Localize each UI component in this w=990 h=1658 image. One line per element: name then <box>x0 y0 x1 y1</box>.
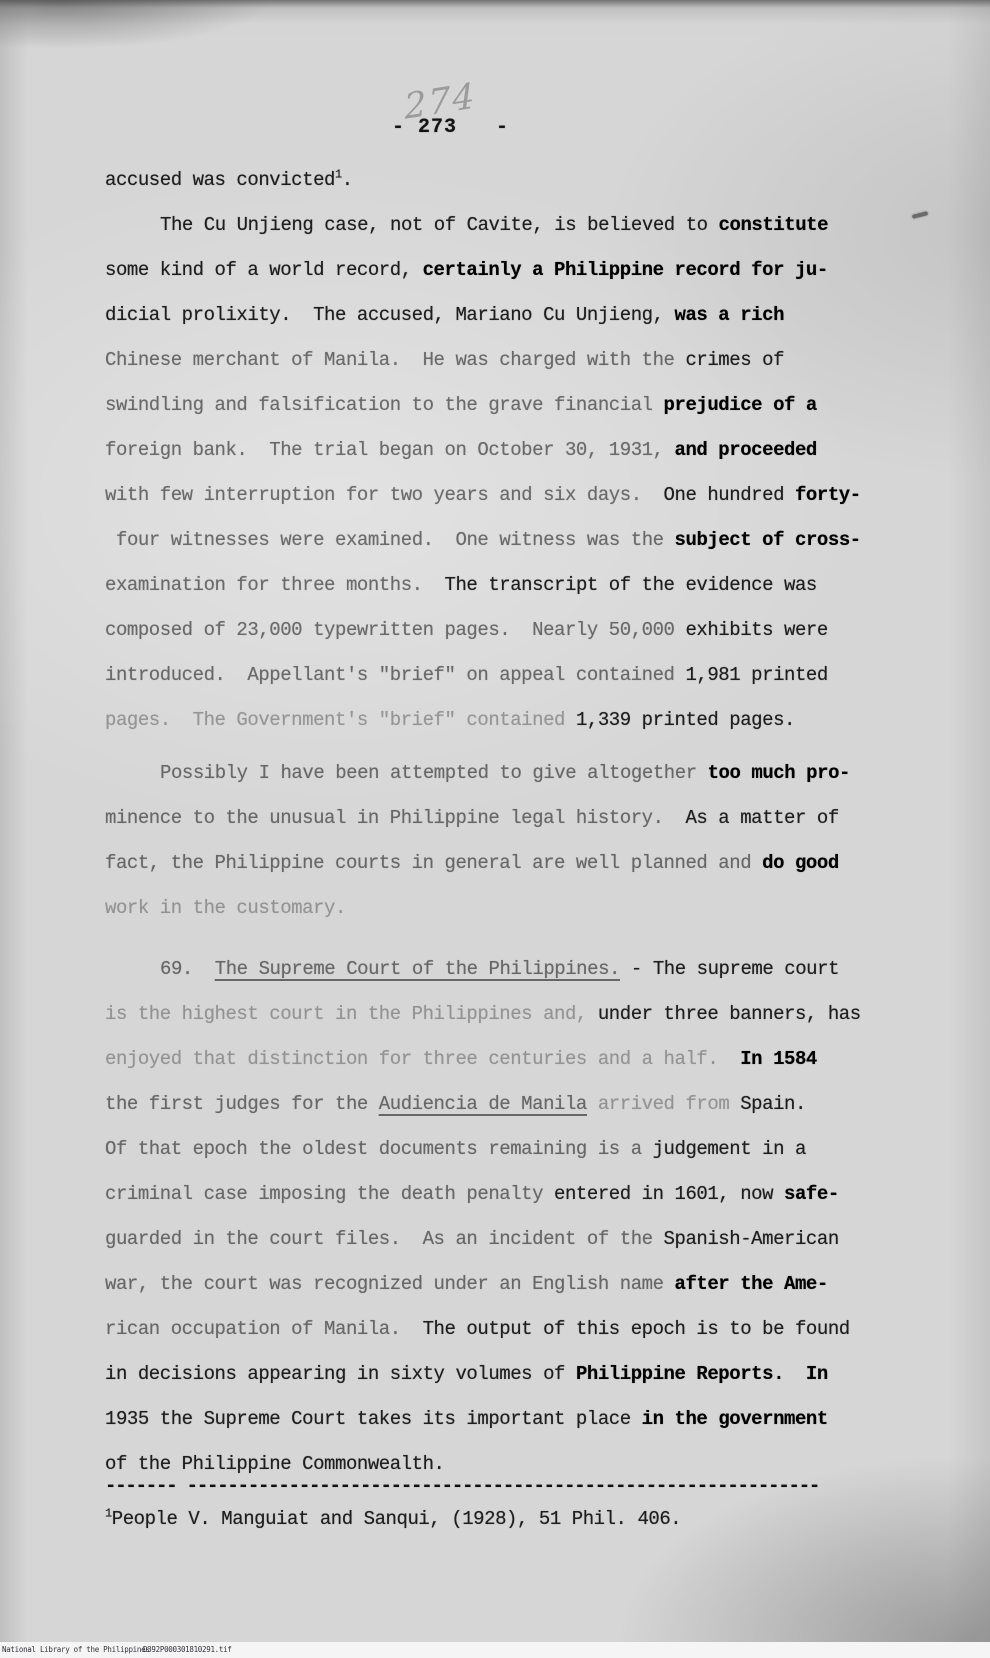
text-segment: 1,981 printed <box>685 664 827 686</box>
scanner-footer: National Library of the Philippines D392… <box>0 1642 990 1658</box>
text-segment: Chinese merchant of Manila. He was charg… <box>105 349 685 371</box>
section-heading-line: 69. The Supreme Court of the Philippines… <box>105 947 895 992</box>
text-line: fact, the Philippine courts in general a… <box>105 841 895 886</box>
text-segment: guarded in the court files. As an incide… <box>105 1228 664 1250</box>
text-segment: ------- --------------------------------… <box>105 1475 819 1497</box>
text-segment: Spain. <box>740 1093 806 1115</box>
text-line: minence to the unusual in Philippine leg… <box>105 796 895 841</box>
text-segment: The Cu Unjieng case, not of Cavite, is b… <box>160 214 719 236</box>
text-segment: composed of 23,000 typewritten pages. Ne… <box>105 619 685 641</box>
text-line: The Cu Unjieng case, not of Cavite, is b… <box>105 203 895 248</box>
text-segment: foreign bank. The trial began on October… <box>105 439 675 461</box>
text-segment: four witnesses were examined. One witnes… <box>116 529 675 551</box>
text-segment: of the Philippine Commonwealth. <box>105 1453 445 1475</box>
text-segment: under three banners, has <box>598 1003 861 1025</box>
text-segment: 1 <box>105 1507 112 1521</box>
text-segment: war, the court was recognized under an E… <box>105 1273 675 1295</box>
text-segment: 1935 the Supreme Court takes its importa… <box>105 1408 642 1430</box>
text-line: examination for three months. The transc… <box>105 563 895 608</box>
text-line: dicial prolixity. The accused, Mariano C… <box>105 293 895 338</box>
text-line: rican occupation of Manila. The output o… <box>105 1307 895 1352</box>
text-segment: swindling and falsification to the grave… <box>105 394 664 416</box>
text-segment: certainly a Philippine record for ju- <box>423 259 828 281</box>
text-segment: The supreme court <box>653 958 839 980</box>
text-segment: the first judges for the <box>105 1093 379 1115</box>
text-segment: The output of this epoch is to be found <box>423 1318 850 1340</box>
text-line: composed of 23,000 typewritten pages. Ne… <box>105 608 895 653</box>
text-segment: People V. Manguiat and Sanqui, (1928), 5… <box>112 1508 682 1530</box>
text-line: introduced. Appellant's "brief" on appea… <box>105 653 895 698</box>
text-segment: Spanish-American <box>664 1228 839 1250</box>
text-line: Of that epoch the oldest documents remai… <box>105 1127 895 1172</box>
text-segment: minence to the unusual in Philippine leg… <box>105 807 685 829</box>
text-segment: and proceeded <box>675 439 817 461</box>
text-segment: with few interruption for two years and … <box>105 484 664 506</box>
text-segment: Possibly I have been attempted to give a… <box>160 762 708 784</box>
text-line: some kind of a world record, certainly a… <box>105 248 895 293</box>
text-line: pages. The Government's "brief" containe… <box>105 698 895 743</box>
text-line: enjoyed that distinction for three centu… <box>105 1037 895 1082</box>
text-line: the first judges for the Audiencia de Ma… <box>105 1082 895 1127</box>
typed-page-number: - 273 - <box>392 116 509 139</box>
text-segment: - <box>620 958 653 980</box>
text-segment: forty- <box>795 484 861 506</box>
text-segment: Of that epoch the oldest documents remai… <box>105 1138 653 1160</box>
text-segment: after the Ame- <box>675 1273 828 1295</box>
text-segment: in the government <box>642 1408 828 1430</box>
text-segment: some kind of a world record, <box>105 259 423 281</box>
text-segment: The transcript of the evidence was <box>445 574 817 596</box>
text-line: with few interruption for two years and … <box>105 473 895 518</box>
text-segment: enjoyed that distinction for three centu… <box>105 1048 740 1070</box>
text-line: criminal case imposing the death penalty… <box>105 1172 895 1217</box>
text-line: accused was convicted1. <box>105 158 895 203</box>
text-segment: 1,339 printed pages. <box>576 709 795 731</box>
text-segment: . <box>342 169 353 191</box>
text-segment: prejudice of a <box>664 394 817 416</box>
text-segment: Philippine Reports. In <box>576 1363 828 1385</box>
text-segment: dicial prolixity. The accused, Mariano C… <box>105 304 675 326</box>
text-segment: fact, the Philippine courts in general a… <box>105 852 762 874</box>
text-segment: pages. The Government's "brief" containe… <box>105 709 576 731</box>
text-line: foreign bank. The trial began on October… <box>105 428 895 473</box>
text-line: is the highest court in the Philippines … <box>105 992 895 1037</box>
text-segment: is the highest court in the Philippines … <box>105 1003 598 1025</box>
text-line: four witnesses were examined. One witnes… <box>105 518 895 563</box>
text-segment: In 1584 <box>740 1048 817 1070</box>
document-body: accused was convicted1.The Cu Unjieng ca… <box>105 158 895 1542</box>
text-line: guarded in the court files. As an incide… <box>105 1217 895 1262</box>
text-segment: exhibits were <box>685 619 827 641</box>
text-segment: 69. <box>160 958 215 980</box>
footer-library-name: National Library of the Philippines <box>2 1645 150 1654</box>
text-segment: examination for three months. <box>105 574 445 596</box>
text-line: swindling and falsification to the grave… <box>105 383 895 428</box>
text-segment: Audiencia de Manila <box>379 1093 587 1115</box>
text-segment: safe- <box>784 1183 839 1205</box>
text-segment: arrived from <box>587 1093 740 1115</box>
text-line: work in the customary. <box>105 886 895 931</box>
text-segment: work in the customary. <box>105 897 346 919</box>
scanned-page: 274 - 273 - accused was convicted1.The C… <box>0 0 990 1658</box>
text-segment: entered in 1601, now <box>554 1183 784 1205</box>
footnote-separator: ------- --------------------------------… <box>105 1475 895 1497</box>
text-segment: judgement in a <box>653 1138 806 1160</box>
text-segment: 1 <box>335 168 342 182</box>
text-segment: rican occupation of Manila. <box>105 1318 423 1340</box>
text-line: war, the court was recognized under an E… <box>105 1262 895 1307</box>
text-segment: criminal case imposing the death penalty <box>105 1183 554 1205</box>
footer-file-name: D392P000301810291.tif <box>143 1645 232 1654</box>
text-segment: too much pro- <box>708 762 850 784</box>
footnote: 1People V. Manguiat and Sanqui, (1928), … <box>105 1497 895 1542</box>
text-line: Possibly I have been attempted to give a… <box>105 751 895 796</box>
text-segment: was a rich <box>675 304 785 326</box>
text-segment: accused was convicted <box>105 169 335 191</box>
text-segment: do good <box>762 852 839 874</box>
text-line: 1935 the Supreme Court takes its importa… <box>105 1397 895 1442</box>
ink-smudge <box>912 211 928 219</box>
text-segment: As a matter of <box>685 807 838 829</box>
text-segment: constitute <box>719 214 829 236</box>
text-segment: in decisions appearing in sixty volumes … <box>105 1363 576 1385</box>
text-segment: One hundred <box>664 484 795 506</box>
text-line: in decisions appearing in sixty volumes … <box>105 1352 895 1397</box>
text-segment: subject of cross- <box>675 529 861 551</box>
text-segment: crimes of <box>685 349 784 371</box>
text-segment: introduced. Appellant's "brief" on appea… <box>105 664 685 686</box>
text-segment: The Supreme Court of the Philippines. <box>215 958 620 980</box>
text-line: Chinese merchant of Manila. He was charg… <box>105 338 895 383</box>
